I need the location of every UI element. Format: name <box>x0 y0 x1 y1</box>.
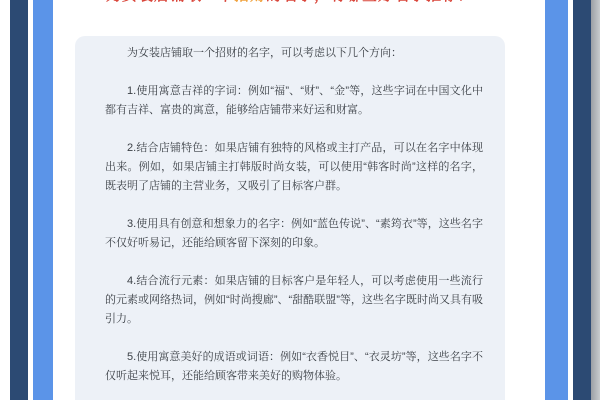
article-paragraph: 3.使用具有创意和想象力的名字：例如“蓝色传说”、“素筠衣”等，这些名字不仅好听… <box>105 215 483 253</box>
article-paragraph: 4.结合流行元素：如果店铺的目标客户是年轻人，可以考虑使用一些流行的元素或网络热… <box>105 272 483 329</box>
content-panel: 为女装店铺取一个招财的名字，可以考虑以下几个方向：1.使用寓意吉祥的字词：例如“… <box>75 36 505 400</box>
right-navy-border-stripe <box>573 0 591 400</box>
cropped-page-title: 为女装店铺取一个招财的名字，有哪些好名字推荐？ <box>75 0 505 4</box>
left-navy-border-stripe <box>10 0 28 400</box>
title-segment: 为女装店铺取一个 <box>106 0 234 4</box>
article-paragraph: 5.使用寓意美好的成语或词语：例如“衣香悦目”、“衣灵坊”等，这些名字不仅听起来… <box>105 348 483 386</box>
article-paragraph: 1.使用寓意吉祥的字词：例如“福”、“财”、“金”等，这些字词在中国文化中都有吉… <box>105 82 483 120</box>
title-segment-highlight: 招财 <box>234 0 266 4</box>
title-segment: 的名字，有哪些好名字推荐？ <box>266 0 474 4</box>
right-edge-gray-band <box>591 0 600 400</box>
page: 为女装店铺取一个招财的名字，有哪些好名字推荐？ 为女装店铺取一个招财的名字，可以… <box>0 0 600 400</box>
article-paragraph: 2.结合店铺特色：如果店铺有独特的风格或主打产品，可以在名字中体现出来。例如，如… <box>105 139 483 196</box>
article-body: 为女装店铺取一个招财的名字，可以考虑以下几个方向：1.使用寓意吉祥的字词：例如“… <box>75 36 505 396</box>
left-blue-border-stripe <box>33 0 53 400</box>
right-blue-border-stripe <box>545 0 568 400</box>
article-paragraph: 为女装店铺取一个招财的名字，可以考虑以下几个方向： <box>105 44 483 63</box>
